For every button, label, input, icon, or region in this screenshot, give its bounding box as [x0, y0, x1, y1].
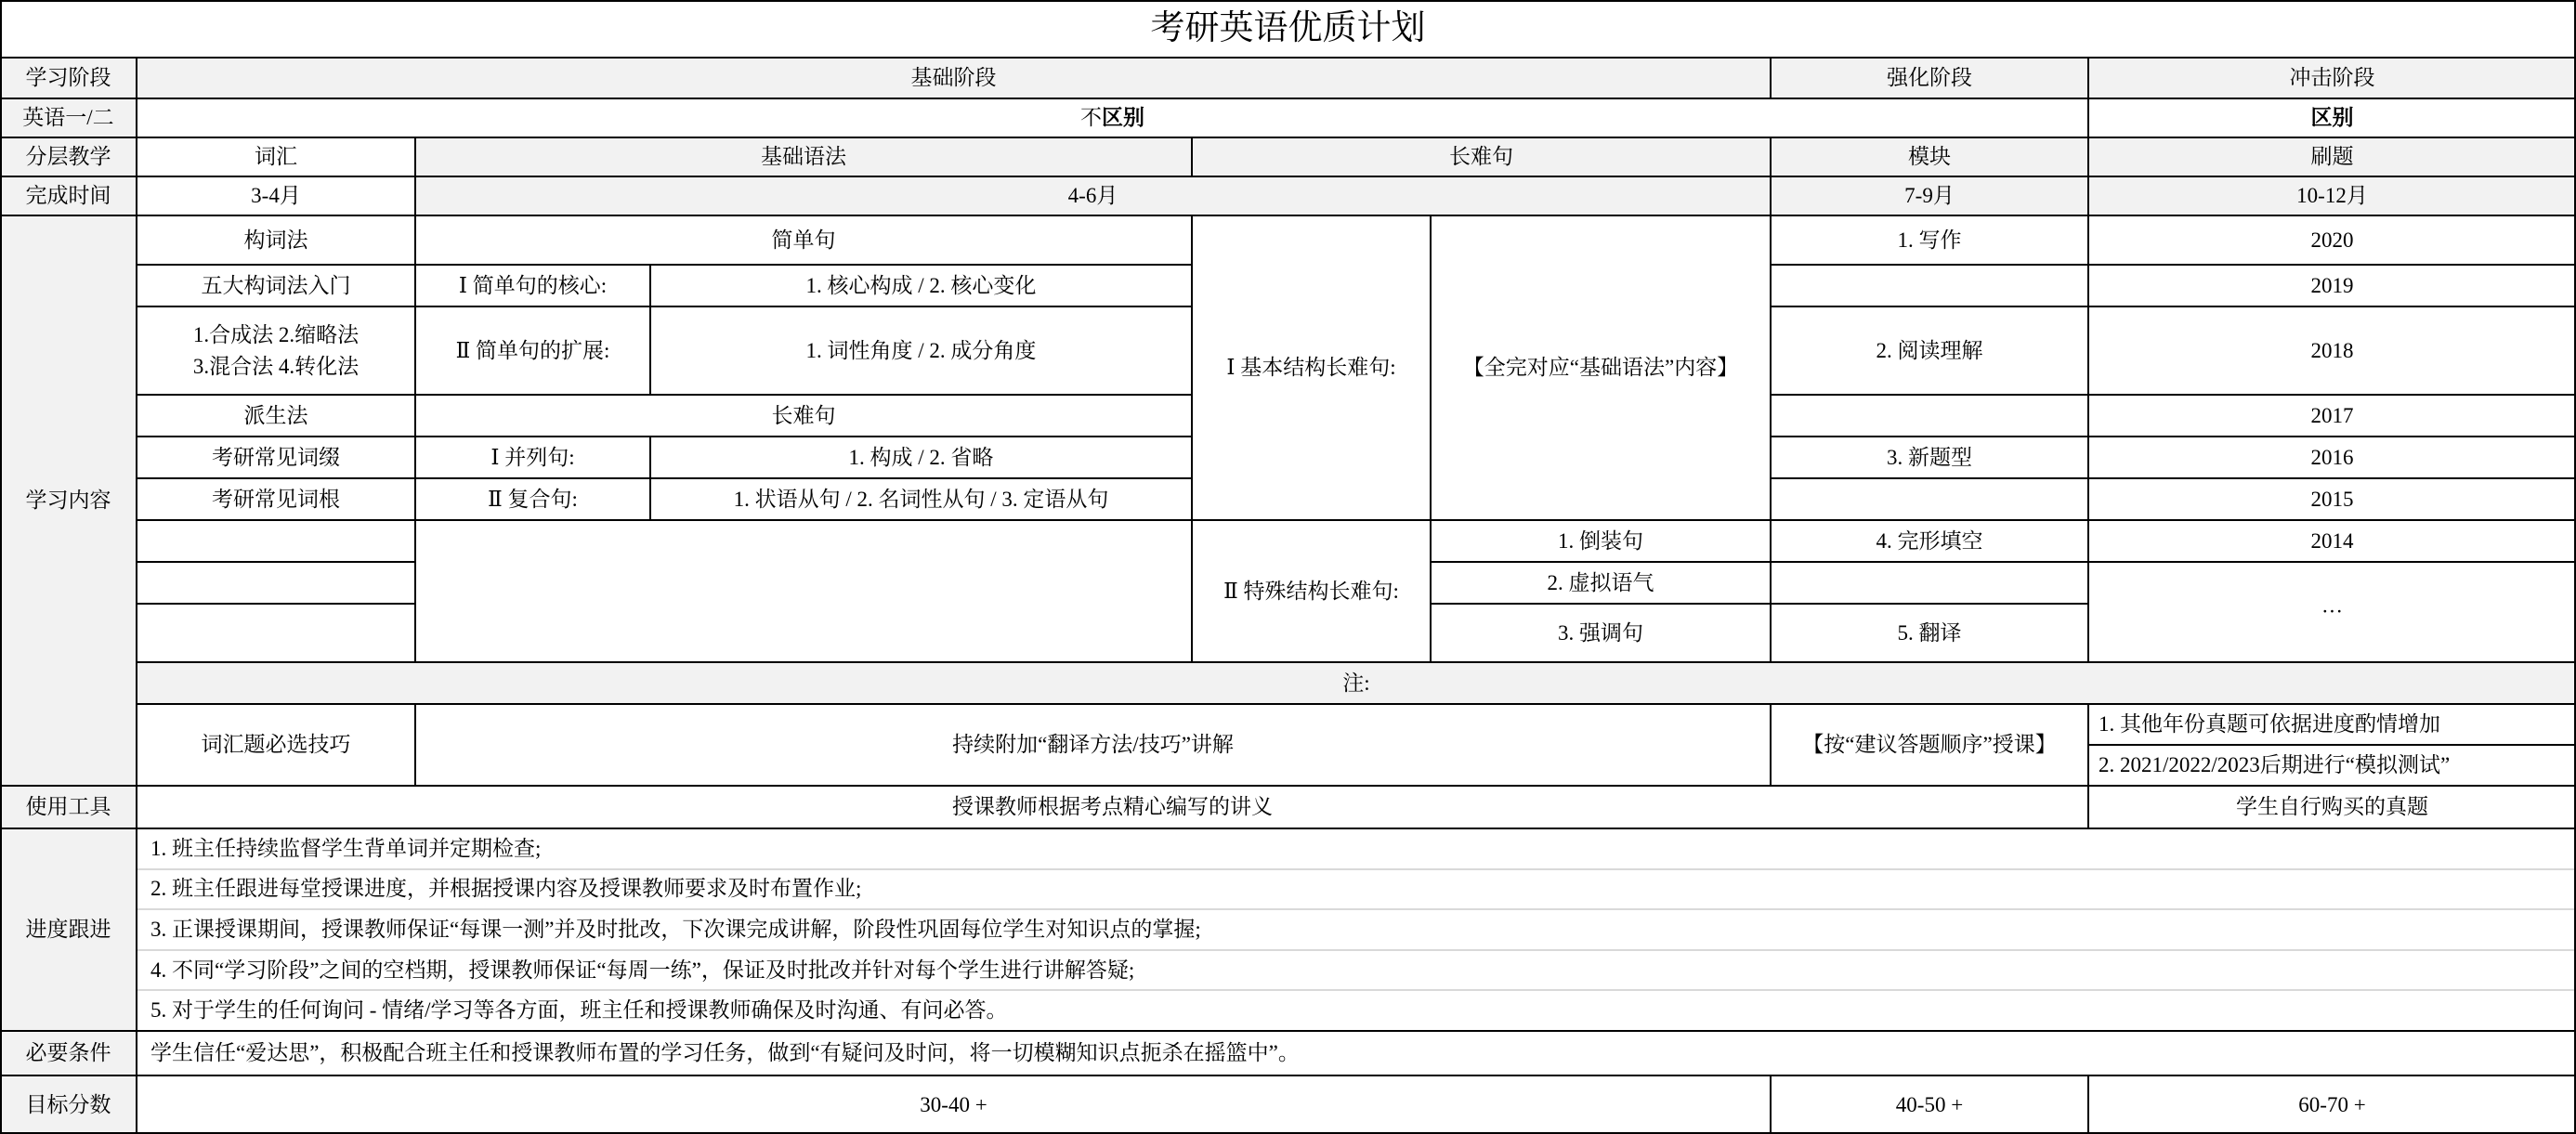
grammar-compound-label: Ⅰ 并列句:: [415, 437, 650, 478]
row-label-tools: 使用工具: [0, 786, 137, 828]
layer-vocab: 词汇: [137, 137, 415, 176]
time-vocab: 3-4月: [137, 176, 415, 215]
vocab-methods-line1: 1.合成法 2.缩略法: [193, 319, 359, 350]
row-label-layered-teaching: 分层教学: [0, 137, 137, 176]
progress-item-5: 5. 对于学生的任何询问 - 情绪/学习等各方面，班主任和授课教师确保及时沟通、…: [137, 991, 2575, 1030]
technique-center: 持续附加“翻译方法/技巧”讲解: [415, 704, 1771, 786]
drill-year-2017: 2017: [2088, 395, 2576, 437]
sentence-special-inversion: 1. 倒装句: [1431, 520, 1771, 562]
module-empty-2: [1771, 395, 2088, 437]
vocab-empty-3: [137, 604, 415, 662]
module-empty-4: [1771, 562, 2088, 604]
grammar-compound-items: 1. 构成 / 2. 省略: [650, 437, 1192, 478]
layer-module: 模块: [1771, 137, 2088, 176]
grammar-simple-core-items: 1. 核心构成 / 2. 核心变化: [650, 265, 1192, 306]
row-label-target-score: 目标分数: [0, 1075, 137, 1134]
tools-drill: 学生自行购买的真题: [2088, 786, 2576, 828]
vocab-word-formation: 构词法: [137, 215, 415, 265]
stage-sprint: 冲击阶段: [2088, 58, 2576, 98]
module-empty-1: [1771, 265, 2088, 306]
english-no-distinction-prefix: 不: [1080, 104, 1102, 132]
drill-year-2014: 2014: [2088, 520, 2576, 562]
stage-intensive: 强化阶段: [1771, 58, 2088, 98]
vocab-five-methods: 五大构词法入门: [137, 265, 415, 306]
grammar-complex-items: 1. 状语从句 / 2. 名词性从句 / 3. 定语从句: [650, 478, 1192, 520]
drill-year-2019: 2019: [2088, 265, 2576, 306]
layer-long-sentence: 长难句: [1192, 137, 1771, 176]
study-plan-table: 考研英语优质计划 学习阶段 基础阶段 强化阶段 冲击阶段 英语一/二 不区别 区…: [0, 0, 2576, 1134]
score-sprint: 60-70 +: [2088, 1075, 2576, 1134]
drill-year-2020: 2020: [2088, 215, 2576, 265]
grammar-simple-core-label: Ⅰ 简单句的核心:: [415, 265, 650, 306]
page-title: 考研英语优质计划: [0, 0, 2576, 58]
vocab-methods-list: 1.合成法 2.缩略法 3.混合法 4.转化法: [137, 306, 415, 395]
english-no-distinction: 不区别: [137, 98, 2088, 137]
vocab-roots: 考研常见词根: [137, 478, 415, 520]
sentence-special-subjunctive: 2. 虚拟语气: [1431, 562, 1771, 604]
drill-year-2016: 2016: [2088, 437, 2576, 478]
row-label-study-content: 学习内容: [0, 215, 137, 786]
score-basic: 30-40 +: [137, 1075, 1771, 1134]
drill-year-more: ···: [2088, 562, 2576, 662]
module-writing: 1. 写作: [1771, 215, 2088, 265]
vocab-affixes: 考研常见词缀: [137, 437, 415, 478]
time-grammar: 4-6月: [415, 176, 1771, 215]
requirement-text: 学生信任“爱达思”，积极配合班主任和授课教师布置的学习任务，做到“有疑问及时问，…: [137, 1031, 2576, 1075]
technique-module: 【按“建议答题顺序”授课】: [1771, 704, 2088, 786]
grammar-complex-label: Ⅱ 复合句:: [415, 478, 650, 520]
sentence-basic-note: 【全完对应“基础语法”内容】: [1431, 215, 1771, 520]
grammar-simple-expand-items: 1. 词性角度 / 2. 成分角度: [650, 306, 1192, 395]
layer-drill: 刷题: [2088, 137, 2576, 176]
progress-list: 1. 班主任持续监督学生背单词并定期检查; 2. 班主任跟进每堂授课进度，并根据…: [137, 828, 2576, 1031]
module-cloze: 4. 完形填空: [1771, 520, 2088, 562]
time-drill: 10-12月: [2088, 176, 2576, 215]
technique-drill-line1: 1. 其他年份真题可依据进度酌情增加: [2088, 704, 2576, 745]
drill-year-2015: 2015: [2088, 478, 2576, 520]
score-intensive: 40-50 +: [1771, 1075, 2088, 1134]
progress-item-1: 1. 班主任持续监督学生背单词并定期检查;: [137, 829, 2575, 870]
layer-grammar: 基础语法: [415, 137, 1192, 176]
sentence-basic-label: Ⅰ 基本结构长难句:: [1192, 215, 1431, 520]
row-label-progress: 进度跟进: [0, 828, 137, 1031]
time-module: 7-9月: [1771, 176, 2088, 215]
vocab-empty-1: [137, 520, 415, 562]
technique-vocab: 词汇题必选技巧: [137, 704, 415, 786]
technique-drill-line2: 2. 2021/2022/2023后期进行“模拟测试”: [2088, 745, 2576, 786]
english-no-distinction-emph: 区别: [1102, 104, 1144, 132]
progress-item-2: 2. 班主任跟进每堂授课进度，并根据授课内容及授课教师要求及时布置作业;: [137, 870, 2575, 911]
tools-main: 授课教师根据考点精心编写的讲义: [137, 786, 2088, 828]
vocab-methods-line2: 3.混合法 4.转化法: [193, 351, 359, 382]
vocab-empty-2: [137, 562, 415, 604]
progress-item-3: 3. 正课授课期间，授课教师保证“每课一测”并及时批改，下次课完成讲解，阶段性巩…: [137, 910, 2575, 951]
module-new-question-type: 3. 新题型: [1771, 437, 2088, 478]
row-label-study-stage: 学习阶段: [0, 58, 137, 98]
note-row: 注:: [137, 662, 2576, 704]
progress-item-4: 4. 不同“学习阶段”之间的空档期，授课教师保证“每周一练”，保证及时批改并针对…: [137, 951, 2575, 992]
row-label-english-type: 英语一/二: [0, 98, 137, 137]
stage-basic: 基础阶段: [137, 58, 1771, 98]
drill-year-2018: 2018: [2088, 306, 2576, 395]
module-empty-3: [1771, 478, 2088, 520]
module-translation: 5. 翻译: [1771, 604, 2088, 662]
row-label-requirement: 必要条件: [0, 1031, 137, 1075]
vocab-derivation: 派生法: [137, 395, 415, 437]
grammar-simple-expand-label: Ⅱ 简单句的扩展:: [415, 306, 650, 395]
sentence-special-label: Ⅱ 特殊结构长难句:: [1192, 520, 1431, 662]
sentence-special-emphatic: 3. 强调句: [1431, 604, 1771, 662]
module-reading: 2. 阅读理解: [1771, 306, 2088, 395]
grammar-simple-sentence-header: 简单句: [415, 215, 1192, 265]
grammar-long-sentence-header: 长难句: [415, 395, 1192, 437]
row-label-finish-time: 完成时间: [0, 176, 137, 215]
english-distinction: 区别: [2088, 98, 2576, 137]
grammar-empty-merged: [415, 520, 1192, 662]
